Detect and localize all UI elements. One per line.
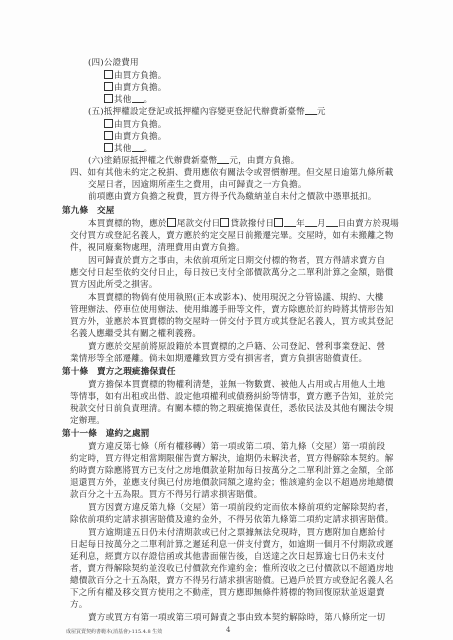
amount-blank[interactable] xyxy=(305,106,317,115)
clause-four-line: 前項應由賣方負擔之稅費，買方得予代為繳納並自未付之價款中憑單抵扣。 xyxy=(88,191,377,203)
checkbox[interactable] xyxy=(104,131,113,140)
article-nine-line: 應交付日起至依約交付日止，每日按已支付全部價款萬分之二單利計算之金額，賠償 xyxy=(70,267,394,279)
article-eleven-line: 退還買方外，並應支付與已付房地價款同額之違約金；惟該違約金以不超過房地總價 xyxy=(70,477,394,489)
blank-field[interactable] xyxy=(132,143,144,152)
checkbox[interactable] xyxy=(104,94,113,103)
article-nine-line: 買方外，並應於本買賣標的物交屋時一併交付予買方或其登記名義人，買方或其登記 xyxy=(70,316,394,328)
blank-field[interactable] xyxy=(132,94,144,103)
day-blank[interactable] xyxy=(326,218,338,227)
article-eleven-line: 買方逾期達五日仍未付清期款或已付之票據無法兌現時，買方應附加自應給付 xyxy=(88,527,385,539)
article-nine-line: 因可歸責於賣方之事由，未依前項所定日期交付標的物者，買方得請求賣方自 xyxy=(88,255,385,267)
article-ten-line: 稅款交付日前負責理清。有關本標的物之瑕疵擔保責任，悉依民法及其他有關法令規 xyxy=(70,403,394,415)
article-eleven-line: 賣方或買方有第一項或第三項可歸責之事由致本契約解除時，第八條所定一切 xyxy=(88,612,385,624)
document-page: (四)公證費用 由買方負擔。 由賣方負擔。 其他。 (五)抵押權設定登記或抵押權… xyxy=(0,0,453,640)
article-nine-line: 件，視同廢棄物處理，清理費用由賣方負擔。 xyxy=(70,242,245,254)
article-eleven-line: 方。 xyxy=(70,599,88,611)
option-buyer-pays-notary[interactable]: 由買方負擔。 xyxy=(104,70,166,82)
checkbox[interactable] xyxy=(104,119,113,128)
article-nine-line: 本買賣標的物倘有使用執照(正本或影本)、使用現況之分管協議、規約、大樓 xyxy=(88,292,384,304)
article-eleven-line: 買方因賣方違反第九條（交屋）第一項前段約定而依本條前項約定解除契約者， xyxy=(88,502,394,514)
article-nine-line: 業情形等全部遷離。倘未如期遷離致買方受有損害者，賣方負損害賠償責任。 xyxy=(70,353,367,365)
checkbox[interactable] xyxy=(167,218,176,227)
checkbox[interactable] xyxy=(104,143,113,152)
article-ten-line: 賣方擔保本買賣標的物權利清楚，並無一物數賣、被他人占用或占用他人土地 xyxy=(88,379,385,391)
year-blank[interactable] xyxy=(284,218,296,227)
article-ten-title: 第十條 賣方之瑕疵擔保責任 xyxy=(62,366,176,378)
option-buyer-pays-mortgage[interactable]: 由買方負擔。 xyxy=(104,119,166,131)
article-eleven-line: 除依前項約定請求損害賠償及違約金外，不得另依第九條第二項約定請求損害賠償。 xyxy=(70,514,394,526)
checkbox[interactable] xyxy=(220,218,229,227)
article-eleven-line: 約時賣方除應將買方已支付之房地價款並附加每日按萬分之二單利計算之金額，全部 xyxy=(70,465,394,477)
checkbox[interactable] xyxy=(104,82,113,91)
article-eleven-title: 第十一條 違約之處罰 xyxy=(62,428,149,440)
article-nine-line: 本買賣標的物，應於尾款交付日貸款撥付日年月日由賣方於現場 xyxy=(88,218,399,230)
article-nine-line: 交付買方或登記名義人，賣方應於約定交屋日前搬遷完畢。交屋時，如有未搬離之物 xyxy=(70,230,394,242)
option-seller-pays-notary[interactable]: 由賣方負擔。 xyxy=(104,82,166,94)
article-eleven-line: 延利息，經賣方以存證信函或其他書面催告後，自送達之次日起算逾七日仍未支付 xyxy=(70,551,385,563)
clause-four-line: 交屋日者，因逾期所產生之費用，由可歸責之一方負擔。 xyxy=(88,179,307,191)
article-nine-line: 買方因此所受之損害。 xyxy=(70,279,157,291)
clause-four-line: 四、如有其他未約定之稅捐、費用應依有關法令或習慣辦理。但交屋日逾第九條所載 xyxy=(70,167,394,179)
page-number: 4 xyxy=(226,626,230,634)
amount-blank[interactable] xyxy=(217,155,229,164)
article-nine-title: 第九條 交屋 xyxy=(62,205,114,217)
option-seller-pays-mortgage[interactable]: 由賣方負擔。 xyxy=(104,131,166,143)
section-four-heading: (四)公證費用 xyxy=(88,57,139,69)
article-ten-line: 等情事，如有出租或出借、設定他項權利或債務糾紛等情事，賣方應予告知，並於完 xyxy=(70,391,394,403)
article-nine-line: 管理辦法、停車位使用辦法、使用維護手冊等文件，賣方除應於訂約時將其情形告知 xyxy=(70,304,394,316)
month-blank[interactable] xyxy=(305,218,317,227)
article-nine-line: 賣方應於交屋前將原設籍於本買賣標的之戶籍、公司登記、營利事業登記、營 xyxy=(88,341,385,353)
article-nine-line: 名義人應繼受其有關之權利義務。 xyxy=(70,328,201,340)
article-eleven-line: 款百分之十五為限。買方不得另行請求損害賠償。 xyxy=(70,489,262,501)
article-eleven-line: 者，賣方得解除契約並沒收已付價款充作違約金；惟所沒收之已付價款以不超過房地 xyxy=(70,563,394,575)
checkbox[interactable] xyxy=(274,218,283,227)
option-other-mortgage[interactable]: 其他。 xyxy=(104,143,152,155)
checkbox[interactable] xyxy=(104,70,113,79)
footer-label: 成屋買賣契約書範本(消基會)-115.4.8 生效 xyxy=(66,628,162,635)
section-six: (六)塗銷原抵押權之代辦費新臺幣元，由賣方負擔。 xyxy=(88,155,299,167)
article-eleven-line: 約定時，買方得定相當期限催告賣方解決，逾期仍未解決者，買方得解除本契約。解 xyxy=(70,453,394,465)
section-five-heading: (五)抵押權設定登記或抵押權內容變更登記代辦費新臺幣元 xyxy=(88,106,326,118)
article-eleven-line: 日起每日按萬分之二單利計算之遲延利息一併支付賣方，如逾期一個月不付期款或遲 xyxy=(70,539,394,551)
option-other-notary[interactable]: 其他。 xyxy=(104,94,152,106)
article-eleven-line: 下之所有權及移交買方使用之不動產，買方應即無條件將標的物回復原狀並返還賣 xyxy=(70,587,385,599)
article-eleven-line: 賣方違反第七條（所有權移轉）第一項或第二項、第九條（交屋）第一項前段 xyxy=(88,441,385,453)
article-ten-line: 定辦理。 xyxy=(70,415,105,427)
article-eleven-line: 總價款百分之十五為限，賣方不得另行請求損害賠償。已過戶於買方或登記名義人名 xyxy=(70,575,394,587)
